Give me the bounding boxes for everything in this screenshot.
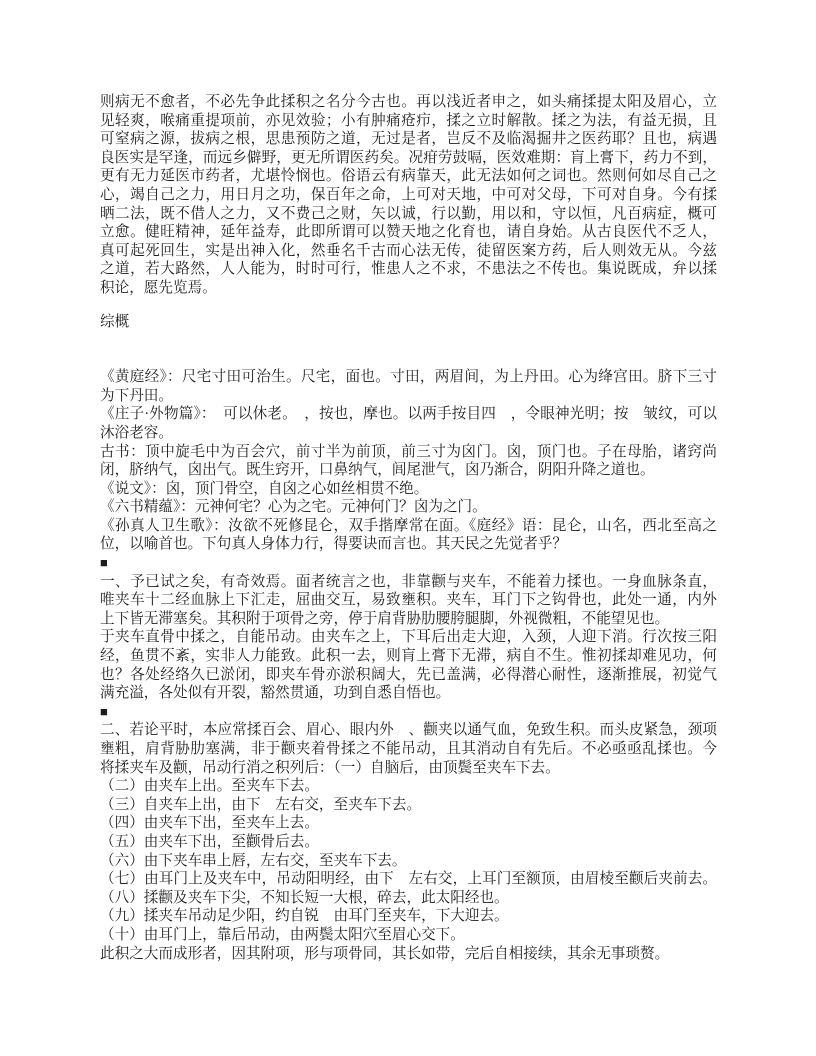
text-line: 则病无不愈者，不必先争此揉积之名分今古也。再以浅近者申之，如头痛揉提太阳及眉心，… bbox=[100, 93, 717, 112]
text-line: 见轻爽，喉痛重提项前，亦见效验；小有肿痛疮疖，揉之立时解散。揉之为法，有益无损，… bbox=[100, 112, 717, 131]
text-line: 将揉夹车及颧，吊动行消之积列后：（一）自脑后，由顶鬓至夹车下去。 bbox=[100, 759, 717, 778]
steps-list: （二）由夹车上出。至夹车下去。（三）自夹车上出，由下 左右交，至夹车下去。（四）… bbox=[100, 777, 717, 944]
text-line: 沐浴老容。 bbox=[100, 424, 717, 443]
closing-paragraph: 此积之大而成形者，因其附项，形与项骨同，其长如带，完后自相接续，其余无事琐赘。 bbox=[100, 945, 717, 964]
text-line: 位，以喻首也。下句真人身体力行，得要诀而言也。其天民之先觉者乎？ bbox=[100, 535, 717, 554]
text-line: 积论，愿先览焉。 bbox=[100, 279, 717, 298]
zonggai-heading: 综概 bbox=[100, 313, 717, 332]
text-line: 二、若论平时，本应常揉百会、眉心、眼内外 、颧夹以通气血，免致生积。而头皮紧急，… bbox=[100, 721, 717, 740]
section-heading-text: 综概 bbox=[100, 313, 717, 332]
text-line: 晒二法，既不借人之力，又不费己之财，矢以诚，行以勤，用以和，守以恒，凡百病症，概… bbox=[100, 205, 717, 224]
marker-1: ■ bbox=[100, 554, 717, 573]
text-line: 古书：顶中旋毛中为百会穴，前寸半为前顶，前三寸为囟门。囟，顶门也。子在母胎，诸窍… bbox=[100, 443, 717, 462]
text-line: 心，竭自己之力，用日月之功，保百年之命，上可对天地，中可对父母，下可对自身。今有… bbox=[100, 186, 717, 205]
text-line: 闭，脐纳气，囟出气。既生窍开，口鼻纳气，闾尾泄气，囟乃渐合，阴阳升降之道也。 bbox=[100, 461, 717, 480]
text-line: 立愈。健旺精神，延年益寿，此即所谓可以赞天地之化育也，请自身始。从古良医代不乏人… bbox=[100, 223, 717, 242]
text-line: （七）由耳门上及夹车中，吊动阳明经，由下 左右交，上耳门至额顶，由眉棱至颧后夹前… bbox=[100, 870, 717, 889]
black-square-marker: ■ bbox=[100, 554, 717, 573]
text-line: 《庄子·外物篇》： 可以休老。 ，按也，摩也。以两手按目四 ，令眼神光明；按 皱… bbox=[100, 405, 717, 424]
text-line: 此积之大而成形者，因其附项，形与项骨同，其长如带，完后自相接续，其余无事琐赘。 bbox=[100, 945, 717, 964]
text-line: 壅粗，肩背胁肋塞满，非于颧夹着骨揉之不能吊动，且其消动自有先后。不必亟亟乱揉也。… bbox=[100, 740, 717, 759]
text-line: （十）由耳门上，靠后吊动，由两鬓太阳穴至眉心交下。 bbox=[100, 926, 717, 945]
text-line: （三）自夹车上出，由下 左右交，至夹车下去。 bbox=[100, 796, 717, 815]
text-line: （二）由夹车上出。至夹车下去。 bbox=[100, 777, 717, 796]
text-line: （九）揉夹车吊动足少阳，约自锐 由耳门至夹车，下大迎去。 bbox=[100, 907, 717, 926]
text-line: 上下皆无滞塞矣。其积附于项骨之旁，停于肩背胁肋腰胯腿脚，外视微粗，不能望见也。 bbox=[100, 610, 717, 629]
text-line: （六）由下夹车串上唇，左右交，至夹车下去。 bbox=[100, 852, 717, 871]
text-line: 可窒病之源，拔病之根，思患预防之道，无过是者，岂反不及临渴掘井之医药耶？且也，病… bbox=[100, 130, 717, 149]
black-square-marker: ■ bbox=[100, 703, 717, 722]
text-line: 之道，若大路然，人人能为，时时可行，惟患人之不求，不患法之不传也。集说既成，弁以… bbox=[100, 260, 717, 279]
document-page: 则病无不愈者，不必先争此揉积之名分今古也。再以浅近者申之，如头痛揉提太阳及眉心，… bbox=[100, 93, 717, 963]
text-line: 经，鱼贯不紊，实非人力能致。此积一去，则肓上膏下无滞，病自不生。惟初揉却难见功，… bbox=[100, 647, 717, 666]
text-line: 真可起死回生，实是出神入化，然垂名千古而心法无传，徒留医案方药，后人则效无从。今… bbox=[100, 242, 717, 261]
classics-quotes: 《黄庭经》：尺宅寸田可治生。尺宅，面也。寸田，两眉间，为上丹田。心为绛宫田。脐下… bbox=[100, 368, 717, 554]
intro-paragraph: 则病无不愈者，不必先争此揉积之名分今古也。再以浅近者申之，如头痛揉提太阳及眉心，… bbox=[100, 93, 717, 298]
text-line: 也？各处经络久已淤闭，即夹车骨亦淤积阔大，先已盖满，必得潜心耐性，逐渐推展，初觉… bbox=[100, 666, 717, 685]
text-line: 于夹车直骨中揉之，自能吊动。由夹车之上，下耳后出走大迎，入颈，人迎下消。行次按三… bbox=[100, 628, 717, 647]
text-line: （五）由夹车下出，至颧骨后去。 bbox=[100, 833, 717, 852]
section-one: 一、予已试之矣，有奇效焉。面者统言之也，非靠颧与夹车，不能着力揉也。一身血脉条直… bbox=[100, 573, 717, 703]
text-line: 一、予已试之矣，有奇效焉。面者统言之也，非靠颧与夹车，不能着力揉也。一身血脉条直… bbox=[100, 573, 717, 592]
text-line: （四）由夹车下出，至夹车上去。 bbox=[100, 814, 717, 833]
text-line: 《黄庭经》：尺宅寸田可治生。尺宅，面也。寸田，两眉间，为上丹田。心为绛宫田。脐下… bbox=[100, 368, 717, 387]
marker-2: ■ bbox=[100, 703, 717, 722]
text-line: 《六书精蕴》：元神何宅？心为之宅。元神何门？囟为之门。 bbox=[100, 498, 717, 517]
text-line: （八）揉颧及夹车下尖，不知长短一大根，碎去，此太阳经也。 bbox=[100, 889, 717, 908]
text-line: 唯夹车十二经血脉上下汇走，屈曲交互，易致壅积。夹车，耳门下之钩骨也，此处一通，内… bbox=[100, 591, 717, 610]
text-line: 《孙真人卫生歌》：汝欲不死修昆仑，双手揩摩常在面。《庭经》语：昆仑，山名，西北至… bbox=[100, 517, 717, 536]
text-line: 《说文》：囟，顶门骨空，自囟之心如丝相贯不绝。 bbox=[100, 480, 717, 499]
text-line: 良医实是罕逢，而远乡僻野，更无所谓医药矣。况疳劳鼓嗝，医效难期：肓上膏下，药力不… bbox=[100, 149, 717, 168]
text-line: 为下丹田。 bbox=[100, 387, 717, 406]
section-two: 二、若论平时，本应常揉百会、眉心、眼内外 、颧夹以通气血，免致生积。而头皮紧急，… bbox=[100, 721, 717, 777]
text-line: 满充溢，各处似有开裂，豁然贯通，功到自悉自悟也。 bbox=[100, 684, 717, 703]
text-line: 更有无力延医市药者，尤堪怜悯也。俗语云有病靠天，此无法如何之词也。然则何如尽自己… bbox=[100, 167, 717, 186]
